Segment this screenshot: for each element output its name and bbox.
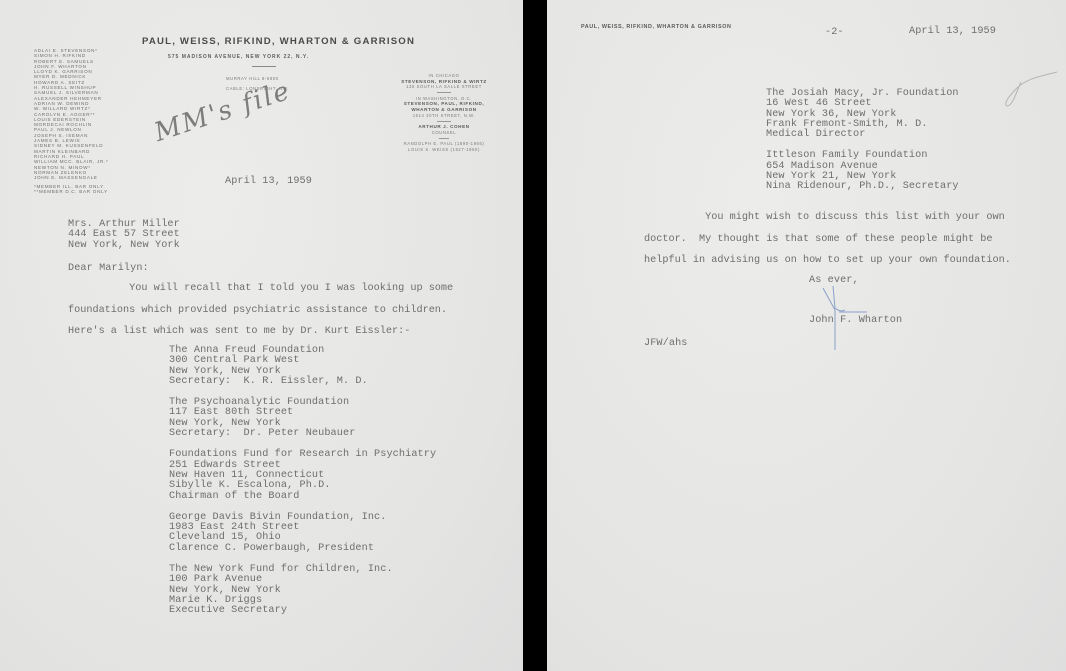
branch-offices: IN CHICAGO STEVENSON, RIFKIND & WIRTZ 13…	[380, 73, 508, 153]
deceased-partner-2: LOUIS S. WEISS (1927-1950)	[380, 147, 508, 153]
partner-name: WILLIAM McC. BLAIR, JR.*	[34, 159, 109, 164]
foundation-entry: George Davis Bivin Foundation, Inc.1983 …	[169, 513, 436, 554]
salutation: Dear Marilyn:	[68, 263, 149, 274]
firm-address: 575 MADISON AVENUE, NEW YORK 22, N.Y.	[168, 54, 309, 60]
foundation-line: Executive Secretary	[169, 606, 436, 616]
recipient-line: New York, New York	[68, 241, 180, 251]
foundation-line: Clarence C. Powerbaugh, President	[169, 544, 436, 554]
letter-page-2: PAUL, WEISS, RIFKIND, WHARTON & GARRISON…	[547, 0, 1066, 671]
foundation-line: Secretary: Dr. Peter Neubauer	[169, 429, 436, 439]
partner-notes: *MEMBER ILL. BAR ONLY**MEMBER D.C. BAR O…	[34, 184, 108, 195]
foundation-line: Medical Director	[766, 130, 959, 140]
foundation-entry: The Psychoanalytic Foundation117 East 80…	[169, 398, 436, 439]
handwritten-file-note: MM's file	[151, 76, 295, 148]
letter-date: April 13, 1959	[225, 176, 312, 187]
letter-page-1: ADLAI E. STEVENSON*SIMON H. RIFKINDROBER…	[0, 0, 523, 671]
foundation-entry: The Anna Freud Foundation300 Central Par…	[169, 346, 436, 387]
body-line: foundations which provided psychiatric a…	[68, 300, 453, 322]
foundation-entry: Ittleson Family Foundation654 Madison Av…	[766, 151, 959, 192]
body-line: You will recall that I told you I was lo…	[68, 278, 453, 300]
body-line: doctor. My thought is that some of these…	[644, 229, 1011, 251]
body-line: helpful in advising us on how to set up …	[644, 250, 1011, 272]
foundation-entry: The New York Fund for Children, Inc.100 …	[169, 565, 436, 616]
foundation-line: Secretary: K. R. Eissler, M. D.	[169, 377, 436, 387]
foundation-entry: Foundations Fund for Research in Psychia…	[169, 450, 436, 501]
continuation-firm-header: PAUL, WEISS, RIFKIND, WHARTON & GARRISON	[581, 24, 731, 30]
letter-body-paragraph-2: You might wish to discuss this list with…	[644, 207, 1011, 272]
pen-mark-icon	[987, 60, 1066, 110]
foundation-line: Nina Ridenour, Ph.D., Secretary	[766, 182, 959, 192]
body-line: Here's a list which was sent to me by Dr…	[68, 321, 453, 343]
partner-note: **MEMBER D.C. BAR ONLY	[34, 189, 108, 194]
signature-name: John F. Wharton	[809, 315, 902, 326]
foundation-list-continued: The Josiah Macy, Jr. Foundation16 West 4…	[766, 89, 959, 204]
foundation-entry: The Josiah Macy, Jr. Foundation16 West 4…	[766, 89, 959, 140]
foundation-line: Chairman of the Board	[169, 492, 436, 502]
partner-name: SIDNEY M. KUSSENFELD	[34, 143, 109, 148]
letterhead-divider	[252, 66, 276, 67]
page-separator	[523, 0, 547, 671]
partner-list: ADLAI E. STEVENSON*SIMON H. RIFKINDROBER…	[34, 48, 109, 180]
recipient-address: Mrs. Arthur Miller444 East 57 StreetNew …	[68, 220, 180, 251]
letter-body-paragraph: You will recall that I told you I was lo…	[68, 278, 453, 343]
body-line: You might wish to discuss this list with…	[644, 207, 1011, 229]
foundation-list: The Anna Freud Foundation300 Central Par…	[169, 346, 436, 628]
page-number: -2-	[825, 27, 844, 38]
partner-name: JOHN E. MASSENGALE	[34, 175, 109, 180]
letter-date-page-2: April 13, 1959	[909, 26, 996, 37]
typist-initials: JFW/ahs	[644, 338, 688, 349]
partner-name: SAMUEL J. SILVERMAN	[34, 90, 109, 95]
firm-name: PAUL, WEISS, RIFKIND, WHARTON & GARRISON	[142, 36, 415, 47]
